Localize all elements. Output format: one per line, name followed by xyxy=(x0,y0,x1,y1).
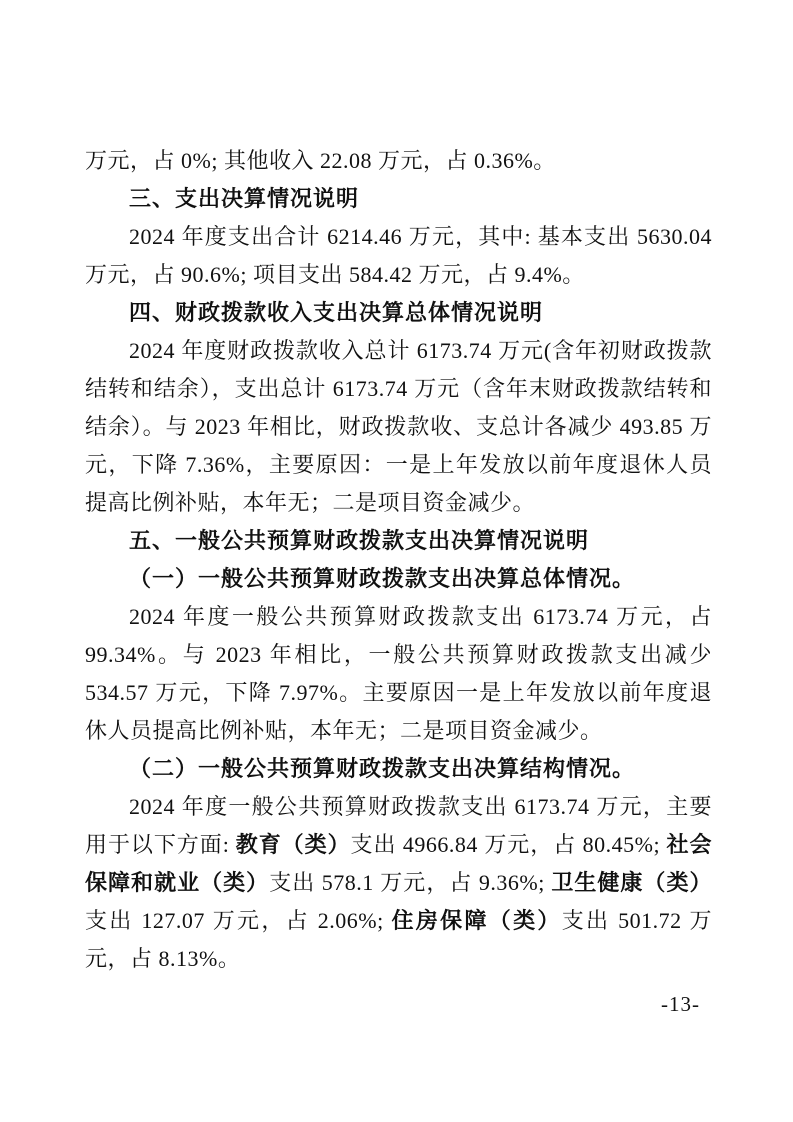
paragraph-other-income-continuation: 万元，占 0%; 其他收入 22.08 万元，占 0.36%。 xyxy=(85,142,712,180)
paragraph-fiscal-appropriation-overview: 2024 年度财政拨款收入总计 6173.74 万元(含年初财政拨款结转和结余）… xyxy=(85,332,712,522)
page-number: -13- xyxy=(661,992,700,1016)
category-social-security-text: 支出 578.1 万元，占 9.36%; xyxy=(269,870,551,895)
paragraph-expenditure-structure: 2024 年度一般公共预算财政拨款支出 6173.74 万元，主要用于以下方面:… xyxy=(85,788,712,978)
paragraph-expenditure-summary: 2024 年度支出合计 6214.46 万元，其中: 基本支出 5630.04 … xyxy=(85,218,712,294)
category-housing-label: 住房保障（类） xyxy=(392,908,562,933)
heading-section-four-fiscal-appropriation: 四、财政拨款收入支出决算总体情况说明 xyxy=(85,294,712,332)
page-footer: -13- xyxy=(661,986,700,1022)
heading-section-five-general-budget: 五、一般公共预算财政拨款支出决算情况说明 xyxy=(85,522,712,560)
paragraph-general-budget-overview: 2024 年度一般公共预算财政拨款支出 6173.74 万元，占 99.34%。… xyxy=(85,598,712,750)
document-page: 万元，占 0%; 其他收入 22.08 万元，占 0.36%。 三、支出决算情况… xyxy=(0,0,793,1122)
category-health-label: 卫生健康（类） xyxy=(551,870,712,895)
category-education-label: 教育（类） xyxy=(236,832,351,857)
heading-subsection-two-structure: （二）一般公共预算财政拨款支出决算结构情况。 xyxy=(85,750,712,788)
category-health-text: 支出 127.07 万元，占 2.06%; xyxy=(85,908,392,933)
category-education-text: 支出 4966.84 万元，占 80.45%; xyxy=(351,832,667,857)
page-content: 万元，占 0%; 其他收入 22.08 万元，占 0.36%。 三、支出决算情况… xyxy=(85,142,712,978)
heading-subsection-one-overall: （一）一般公共预算财政拨款支出决算总体情况。 xyxy=(85,560,712,598)
heading-section-three-expenditure: 三、支出决算情况说明 xyxy=(85,180,712,218)
